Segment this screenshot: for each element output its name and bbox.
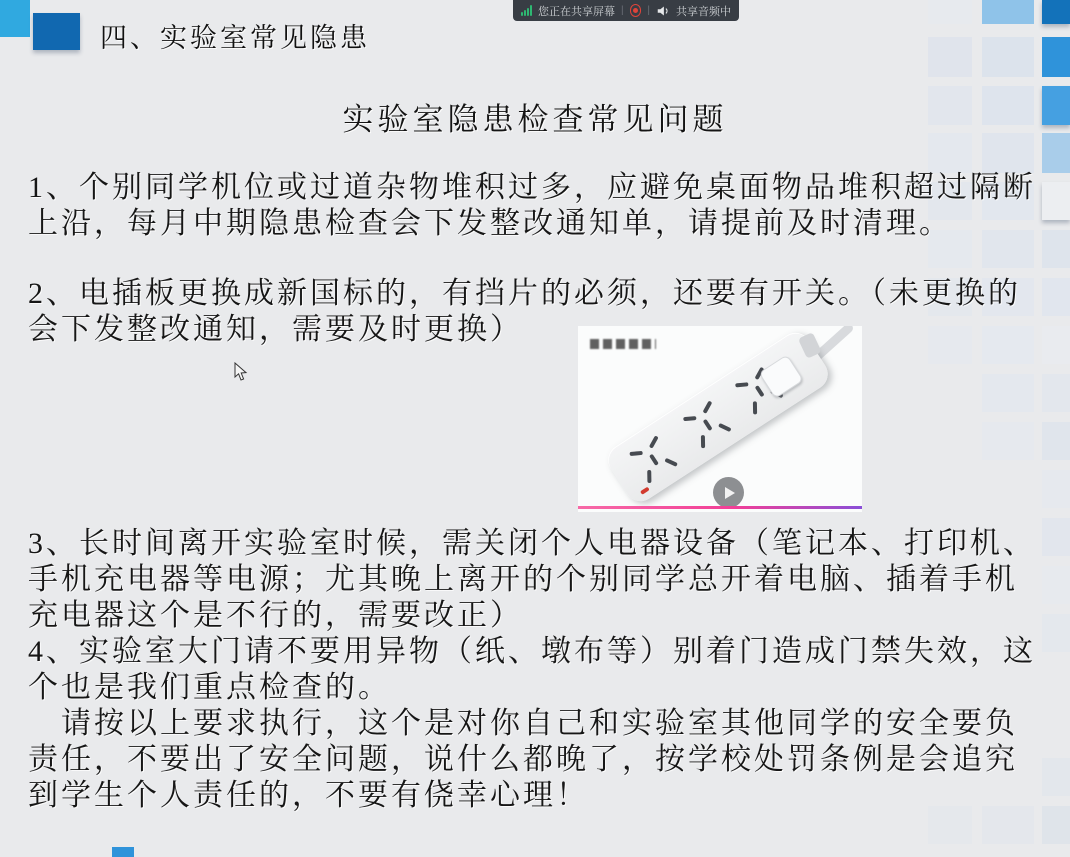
paragraph-5: 请按以上要求执行，这个是对你自己和实验室其他同学的安全要负责任，不要出了安全问题… xyxy=(28,706,1046,814)
mosaic-tile xyxy=(1042,422,1070,460)
mosaic-tile xyxy=(1042,230,1070,268)
mosaic-tile xyxy=(112,847,134,857)
paragraph-2: 2、电插板更换成新国标的，有挡片的必须，还要有开关。（未更换的会下发整改通知，需… xyxy=(28,276,1046,348)
mosaic-tile xyxy=(928,0,972,24)
mosaic-tile xyxy=(1042,470,1070,508)
signal-bars-icon xyxy=(521,5,532,16)
screen-share-toolbar: 您正在共享屏幕 | | 共享音频中 xyxy=(513,0,739,21)
speaker-icon[interactable] xyxy=(656,4,670,18)
mosaic-tile xyxy=(1042,326,1070,364)
mosaic-tile xyxy=(1042,374,1070,412)
mosaic-tile xyxy=(1042,758,1070,796)
mosaic-tile xyxy=(1042,0,1070,24)
mosaic-tile xyxy=(1042,182,1070,220)
socket-outlet xyxy=(674,391,742,456)
mosaic-tile xyxy=(928,37,972,77)
mosaic-tile xyxy=(0,0,30,37)
mosaic-tile xyxy=(1042,566,1070,604)
mosaic-tile xyxy=(982,133,1034,173)
socket-outlet xyxy=(620,426,688,491)
mosaic-tile xyxy=(33,13,80,50)
slide-body: 1、个别同学机位或过道杂物堆积过多，应避免桌面物品堆积超过隔断上沿，每月中期隐患… xyxy=(28,170,1046,814)
mosaic-tile xyxy=(982,37,1034,77)
video-progress-bar[interactable] xyxy=(578,506,862,509)
slide-heading: 四、实验室常见隐患 xyxy=(100,16,370,55)
sharing-status-label: 您正在共享屏幕 xyxy=(538,3,615,19)
cord-cap xyxy=(798,332,822,359)
slide-subtitle: 实验室隐患检查常见问题 xyxy=(0,94,1070,139)
audio-sharing-label: 共享音频中 xyxy=(676,3,731,19)
paragraph-3: 3、长时间离开实验室时候，需关闭个人电器设备（笔记本、打印机、手机充电器等电源；… xyxy=(28,526,1046,634)
play-icon[interactable] xyxy=(713,477,744,508)
brand-logo xyxy=(590,339,656,349)
mosaic-tile xyxy=(1042,518,1070,556)
stop-sharing-record-icon[interactable] xyxy=(630,4,642,17)
toolbar-divider: | xyxy=(647,5,650,16)
mosaic-tile xyxy=(1042,614,1070,652)
mosaic-tile xyxy=(1042,133,1070,173)
mosaic-tile xyxy=(982,0,1034,24)
toolbar-divider: | xyxy=(621,5,624,16)
paragraph-4: 4、实验室大门请不要用异物（纸、墩布等）别着门造成门禁失效，这个也是我们重点检查… xyxy=(28,634,1046,706)
mosaic-tile xyxy=(928,133,972,173)
power-strip-video[interactable] xyxy=(578,326,862,512)
mouse-cursor-icon xyxy=(234,362,248,382)
mosaic-tile xyxy=(1042,37,1070,77)
mosaic-tile xyxy=(1042,278,1070,316)
mosaic-tile xyxy=(1042,806,1070,844)
paragraph-1: 1、个别同学机位或过道杂物堆积过多，应避免桌面物品堆积超过隔断上沿，每月中期隐患… xyxy=(28,170,1046,242)
